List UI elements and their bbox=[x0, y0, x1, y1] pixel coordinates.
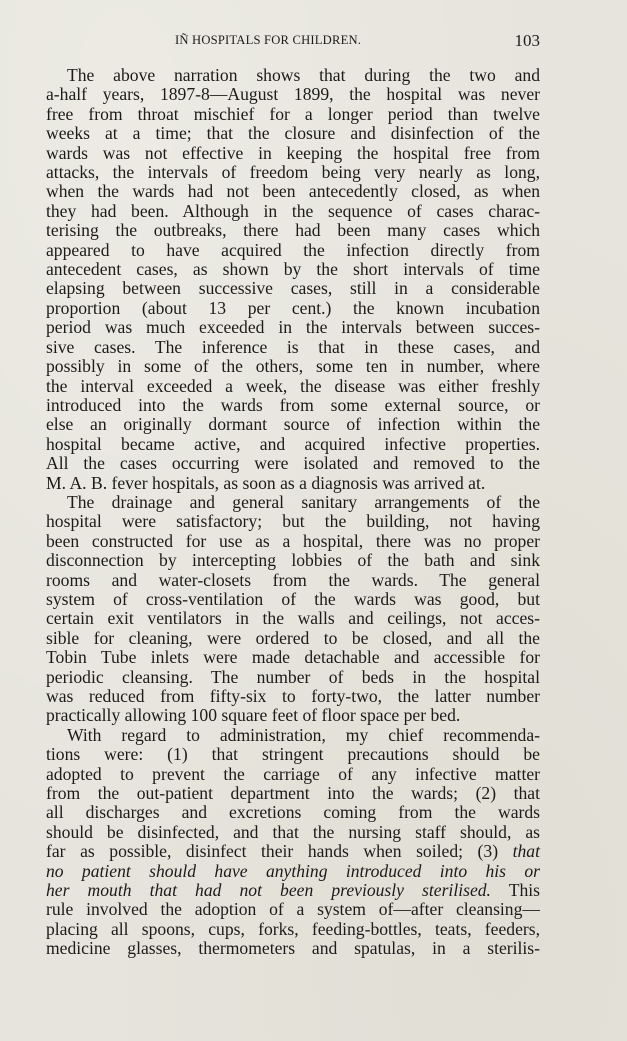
line-text: a-half years, 1897-8—August 1899, the ho… bbox=[46, 84, 540, 104]
text-line: no patient should have anything introduc… bbox=[46, 862, 540, 881]
line-text: All the cases occurring were isolated an… bbox=[46, 453, 540, 473]
line-text: The above narration shows that during th… bbox=[67, 65, 540, 85]
line-text: elapsing between successive cases, still… bbox=[46, 278, 540, 298]
line-text: appeared to have acquired the infection … bbox=[46, 240, 540, 260]
line-text: free from throat mischief for a longer p… bbox=[46, 104, 540, 124]
text-line: from the out-patient department into the… bbox=[46, 784, 540, 803]
text-line: practically allowing 100 square feet of … bbox=[46, 706, 540, 725]
line-text: rule involved the adoption of a system o… bbox=[46, 899, 540, 919]
text-line: hospital became active, and acquired inf… bbox=[46, 435, 540, 454]
line-text: else an originally dormant source of inf… bbox=[46, 414, 540, 434]
line-text: M. A. B. fever hospitals, as soon as a d… bbox=[46, 473, 485, 493]
text-line: period was much exceeded in the interval… bbox=[46, 318, 540, 337]
line-text: far as possible, disinfect their hands w… bbox=[46, 841, 513, 861]
text-line: All the cases occurring were isolated an… bbox=[46, 454, 540, 473]
line-text: possibly in some of the others, some ten… bbox=[46, 356, 540, 376]
text-line: hospital were satisfactory; but the buil… bbox=[46, 512, 540, 531]
line-text: medicine glasses, thermometers and spatu… bbox=[46, 938, 540, 958]
line-text: tions were: (1) that stringent precautio… bbox=[46, 744, 540, 764]
text-line: been constructed for use as a hospital, … bbox=[46, 532, 540, 551]
text-line: free from throat mischief for a longer p… bbox=[46, 105, 540, 124]
text-line: her mouth that had not been previously s… bbox=[46, 881, 540, 900]
line-text: wards was not effective in keeping the h… bbox=[46, 143, 540, 163]
text-line: medicine glasses, thermometers and spatu… bbox=[46, 939, 540, 958]
line-text: hospital became active, and acquired inf… bbox=[46, 434, 540, 454]
line-text: was reduced from fifty-six to forty-two,… bbox=[46, 686, 540, 706]
line-text: sive cases. The inference is that in the… bbox=[46, 337, 540, 357]
line-text: Tobin Tube inlets were made detachable a… bbox=[46, 647, 540, 667]
text-line: else an originally dormant source of inf… bbox=[46, 415, 540, 434]
line-text: introduced into the wards from some exte… bbox=[46, 395, 540, 415]
text-line: Tobin Tube inlets were made detachable a… bbox=[46, 648, 540, 667]
text-line: was reduced from fifty-six to forty-two,… bbox=[46, 687, 540, 706]
text-line: The above narration shows that during th… bbox=[46, 66, 540, 85]
page-number: 103 bbox=[515, 31, 541, 51]
text-line: appeared to have acquired the infection … bbox=[46, 241, 540, 260]
line-text: certain exit ventilators in the walls an… bbox=[46, 608, 540, 628]
text-line: elapsing between successive cases, still… bbox=[46, 279, 540, 298]
text-line: terising the outbreaks, there had been m… bbox=[46, 221, 540, 240]
line-text: proportion (about 13 per cent.) the know… bbox=[46, 298, 540, 318]
text-line: weeks at a time; that the closure and di… bbox=[46, 124, 540, 143]
book-page: IÑ HOSPITALS FOR CHILDREN. 103 The above… bbox=[0, 0, 627, 1041]
text-line: disconnection by intercepting lobbies of… bbox=[46, 551, 540, 570]
line-text: The drainage and general sanitary arrang… bbox=[67, 492, 540, 512]
text-line: when the wards had not been antecedently… bbox=[46, 182, 540, 201]
line-text: This bbox=[491, 880, 540, 900]
text-line: a-half years, 1897-8—August 1899, the ho… bbox=[46, 85, 540, 104]
line-text: attacks, the intervals of freedom being … bbox=[46, 162, 540, 182]
line-text: adopted to prevent the carriage of any i… bbox=[46, 764, 540, 784]
text-line: placing all spoons, cups, forks, feeding… bbox=[46, 920, 540, 939]
line-text: hospital were satisfactory; but the buil… bbox=[46, 511, 540, 531]
text-line: With regard to administration, my chief … bbox=[46, 726, 540, 745]
text-line: certain exit ventilators in the walls an… bbox=[46, 609, 540, 628]
line-text: been constructed for use as a hospital, … bbox=[46, 531, 540, 551]
line-text: sible for cleaning, were ordered to be c… bbox=[46, 628, 540, 648]
line-text: they had been. Although in the sequence … bbox=[46, 201, 540, 221]
line-text: the interval exceeded a week, the diseas… bbox=[46, 376, 540, 396]
line-text: antecedent cases, as shown by the short … bbox=[46, 259, 540, 279]
text-line: all discharges and excretions coming fro… bbox=[46, 803, 540, 822]
line-text: weeks at a time; that the closure and di… bbox=[46, 123, 540, 143]
text-line: adopted to prevent the carriage of any i… bbox=[46, 765, 540, 784]
text-line: rooms and water-closets from the wards. … bbox=[46, 571, 540, 590]
text-line: they had been. Although in the sequence … bbox=[46, 202, 540, 221]
text-line: wards was not effective in keeping the h… bbox=[46, 144, 540, 163]
text-line: antecedent cases, as shown by the short … bbox=[46, 260, 540, 279]
text-line: M. A. B. fever hospitals, as soon as a d… bbox=[46, 474, 540, 493]
emphasis-text: no patient should have anything introduc… bbox=[46, 861, 540, 881]
text-line: should be disinfected, and that the nurs… bbox=[46, 823, 540, 842]
line-text: period was much exceeded in the interval… bbox=[46, 317, 540, 337]
body-text: The above narration shows that during th… bbox=[46, 66, 540, 959]
line-text: placing all spoons, cups, forks, feeding… bbox=[46, 919, 540, 939]
line-text: when the wards had not been antecedently… bbox=[46, 181, 540, 201]
line-text: rooms and water-closets from the wards. … bbox=[46, 570, 540, 590]
line-text: With regard to administration, my chief … bbox=[67, 725, 540, 745]
running-title: IÑ HOSPITALS FOR CHILDREN. bbox=[175, 33, 361, 48]
line-text: should be disinfected, and that the nurs… bbox=[46, 822, 540, 842]
text-line: system of cross-ventilation of the wards… bbox=[46, 590, 540, 609]
text-line: possibly in some of the others, some ten… bbox=[46, 357, 540, 376]
line-text: disconnection by intercepting lobbies of… bbox=[46, 550, 540, 570]
text-line: introduced into the wards from some exte… bbox=[46, 396, 540, 415]
line-text: from the out-patient department into the… bbox=[46, 783, 540, 803]
text-line: tions were: (1) that stringent precautio… bbox=[46, 745, 540, 764]
text-line: attacks, the intervals of freedom being … bbox=[46, 163, 540, 182]
text-line: far as possible, disinfect their hands w… bbox=[46, 842, 540, 861]
line-text: periodic cleansing. The number of beds i… bbox=[46, 667, 540, 687]
text-line: rule involved the adoption of a system o… bbox=[46, 900, 540, 919]
line-text: practically allowing 100 square feet of … bbox=[46, 705, 460, 725]
running-head: IÑ HOSPITALS FOR CHILDREN. 103 bbox=[46, 33, 540, 51]
text-line: sive cases. The inference is that in the… bbox=[46, 338, 540, 357]
line-text: terising the outbreaks, there had been m… bbox=[46, 220, 540, 240]
text-line: periodic cleansing. The number of beds i… bbox=[46, 668, 540, 687]
text-line: sible for cleaning, were ordered to be c… bbox=[46, 629, 540, 648]
emphasis-text: her mouth that had not been previously s… bbox=[46, 880, 491, 900]
emphasis-text: that bbox=[513, 841, 540, 861]
text-line: proportion (about 13 per cent.) the know… bbox=[46, 299, 540, 318]
text-line: the interval exceeded a week, the diseas… bbox=[46, 377, 540, 396]
text-line: The drainage and general sanitary arrang… bbox=[46, 493, 540, 512]
line-text: all discharges and excretions coming fro… bbox=[46, 802, 540, 822]
line-text: system of cross-ventilation of the wards… bbox=[46, 589, 540, 609]
